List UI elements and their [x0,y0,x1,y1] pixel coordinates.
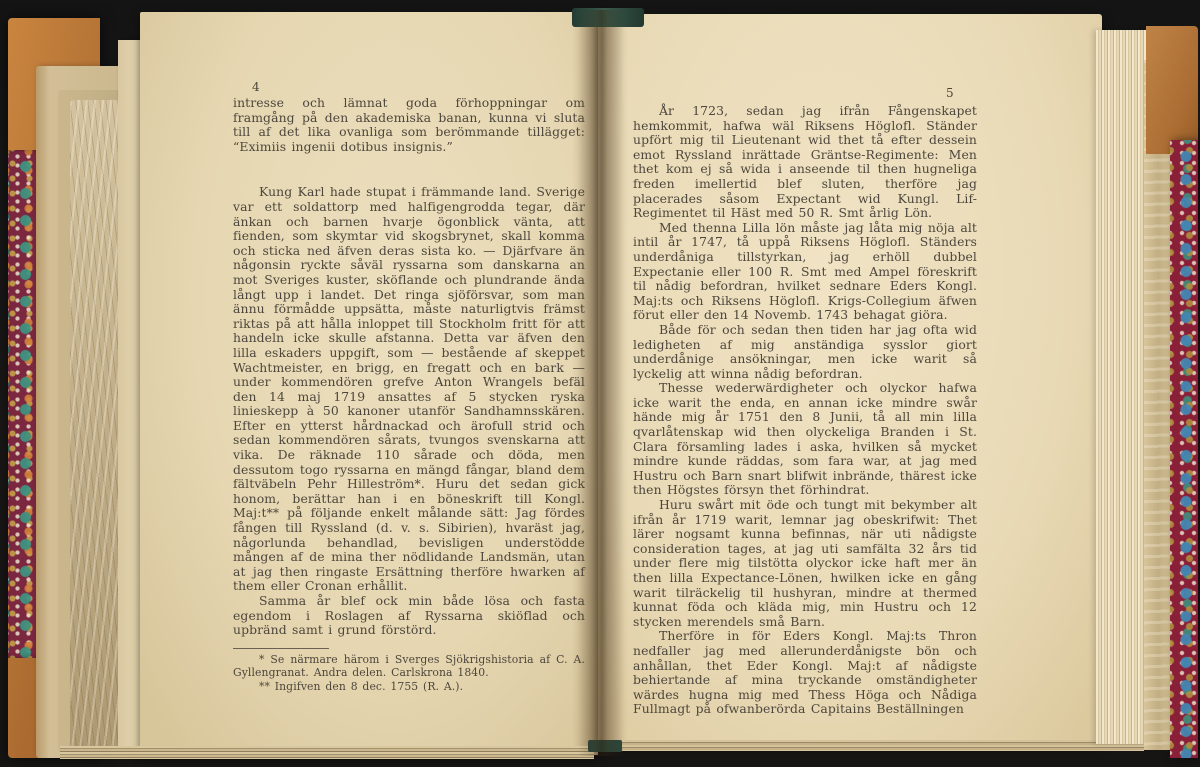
paragraph: År 1723, sedan jag ifrån Fångenskapet he… [633,104,977,221]
page-edge-bottom-right [604,740,1144,751]
page-edge-bottom-left [60,746,594,759]
paragraph: Samma år blef ock min både lösa och fast… [233,594,585,638]
text-block-left: intresse och lämnat goda förhoppningar o… [233,96,585,694]
page-number-left: 4 [252,80,260,94]
footnote: * Se närmare härom i Sverges Sjökrigshis… [233,653,585,680]
text-block-right: År 1723, sedan jag ifrån Fångenskapet he… [633,104,977,717]
paragraph: Therföre in för Eders Kongl. Maj:ts Thro… [633,629,977,717]
page-edge-stack-right [1096,30,1146,744]
photo-background: 4 intresse och lämnat goda förhoppningar… [0,0,1200,767]
paragraph: Huru swårt mit öde och tungt mit bekymbe… [633,498,977,629]
headband-bottom [588,740,622,752]
footnote: ** Ingifven den 8 dec. 1755 (R. A.). [233,680,585,694]
paragraph: Thesse wederwärdigheter och olyckor hafw… [633,381,977,498]
page-right: 5 År 1723, sedan jag ifrån Fångenskapet … [598,14,1102,744]
footnote-rule [233,648,329,649]
paragraph: Kung Karl hade stupat i främmande land. … [233,185,585,594]
marbled-paper-right [1170,140,1198,758]
book-cover-right-corner [1146,26,1198,154]
page-number-right: 5 [946,86,954,100]
paragraph: intresse och lämnat goda förhoppningar o… [233,96,585,154]
paragraph: Med thenna Lilla lön måste jag låta mig … [633,221,977,323]
headband-top [572,8,644,27]
page-left: 4 intresse och lämnat goda förhoppningar… [140,12,598,755]
paragraph: Både för och sedan then tiden har jag of… [633,323,977,381]
